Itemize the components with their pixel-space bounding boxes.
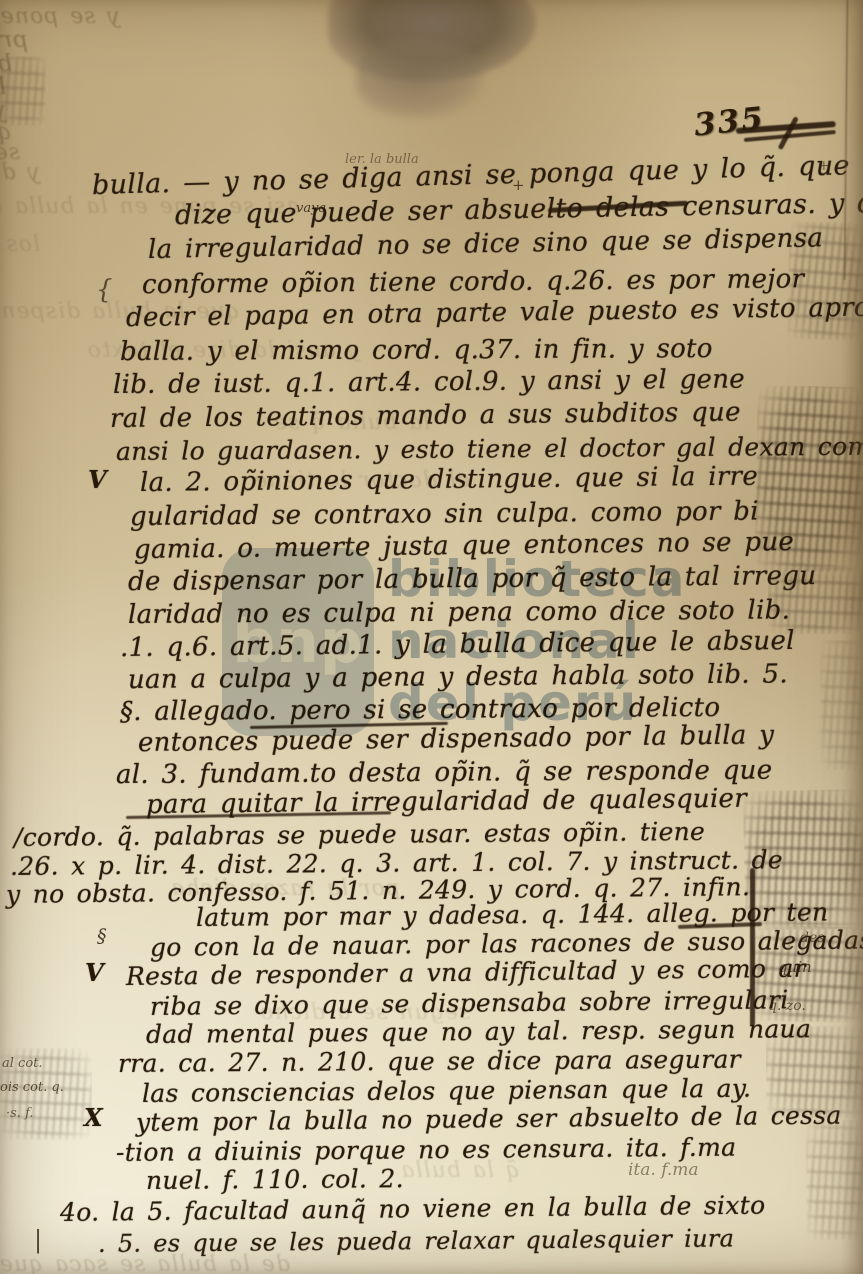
manuscript-page: y se pone que por las causas de la d̃ha … bbox=[0, 0, 863, 1274]
watermark-text-line: del perú bbox=[388, 672, 687, 734]
folio-number: 335 bbox=[692, 100, 766, 143]
watermark-text: biblioteca nacional del perú bbox=[388, 548, 687, 734]
bnp-logo-text: bnp bbox=[232, 607, 364, 677]
margin-mark: V bbox=[85, 958, 104, 987]
manuscript-line: 4o. la 5. facultad aunq̃ no viene en la … bbox=[60, 1191, 766, 1227]
manuscript-line: ytem por la bulla no puede ser absuelto … bbox=[136, 1101, 842, 1137]
margin-fragment: vaya bbox=[296, 201, 326, 216]
margin-fragment: { bbox=[96, 275, 113, 305]
margin-fragment: § bbox=[97, 925, 107, 947]
margin-fragment: ler. la bulla bbox=[345, 152, 419, 167]
margin-fragment: ita. f.ma bbox=[628, 1160, 699, 1180]
manuscript-line: gularidad se contraxo sin culpa. como po… bbox=[130, 497, 759, 532]
library-watermark: bnp biblioteca nacional del perú bbox=[222, 548, 687, 736]
ink-smudge bbox=[0, 1048, 92, 1140]
margin-mark: V bbox=[88, 465, 107, 494]
margin-fragment: + bbox=[818, 158, 830, 174]
watermark-text-line: biblioteca bbox=[388, 548, 687, 610]
watermark-text-line: nacional bbox=[388, 610, 687, 672]
margin-fragment: | bbox=[34, 1226, 42, 1254]
manuscript-line: . 5. es que se les pueda relaxar qualesq… bbox=[98, 1224, 734, 1258]
manuscript-line: rra. ca. 27. n. 210. que se dice para as… bbox=[118, 1045, 741, 1078]
manuscript-line: lib. de iust. q.1. art.4. col.9. y ansi … bbox=[113, 364, 745, 400]
bnp-logo: bnp bbox=[222, 548, 374, 736]
manuscript-line: la. 2. op̃iniones que distingue. que si … bbox=[140, 462, 758, 498]
margin-fragment: + bbox=[512, 176, 525, 194]
manuscript-line: ral de los teatinos mando a sus subditos… bbox=[110, 397, 741, 434]
manuscript-line: nuel. f. 110. col. 2. bbox=[146, 1164, 404, 1195]
manuscript-line: balla. y el mismo cord. q.37. in fin. y … bbox=[120, 334, 713, 367]
manuscript-line: dad mental pues que no ay tal. resp. seg… bbox=[146, 1014, 811, 1049]
ink-smudge bbox=[0, 56, 46, 126]
